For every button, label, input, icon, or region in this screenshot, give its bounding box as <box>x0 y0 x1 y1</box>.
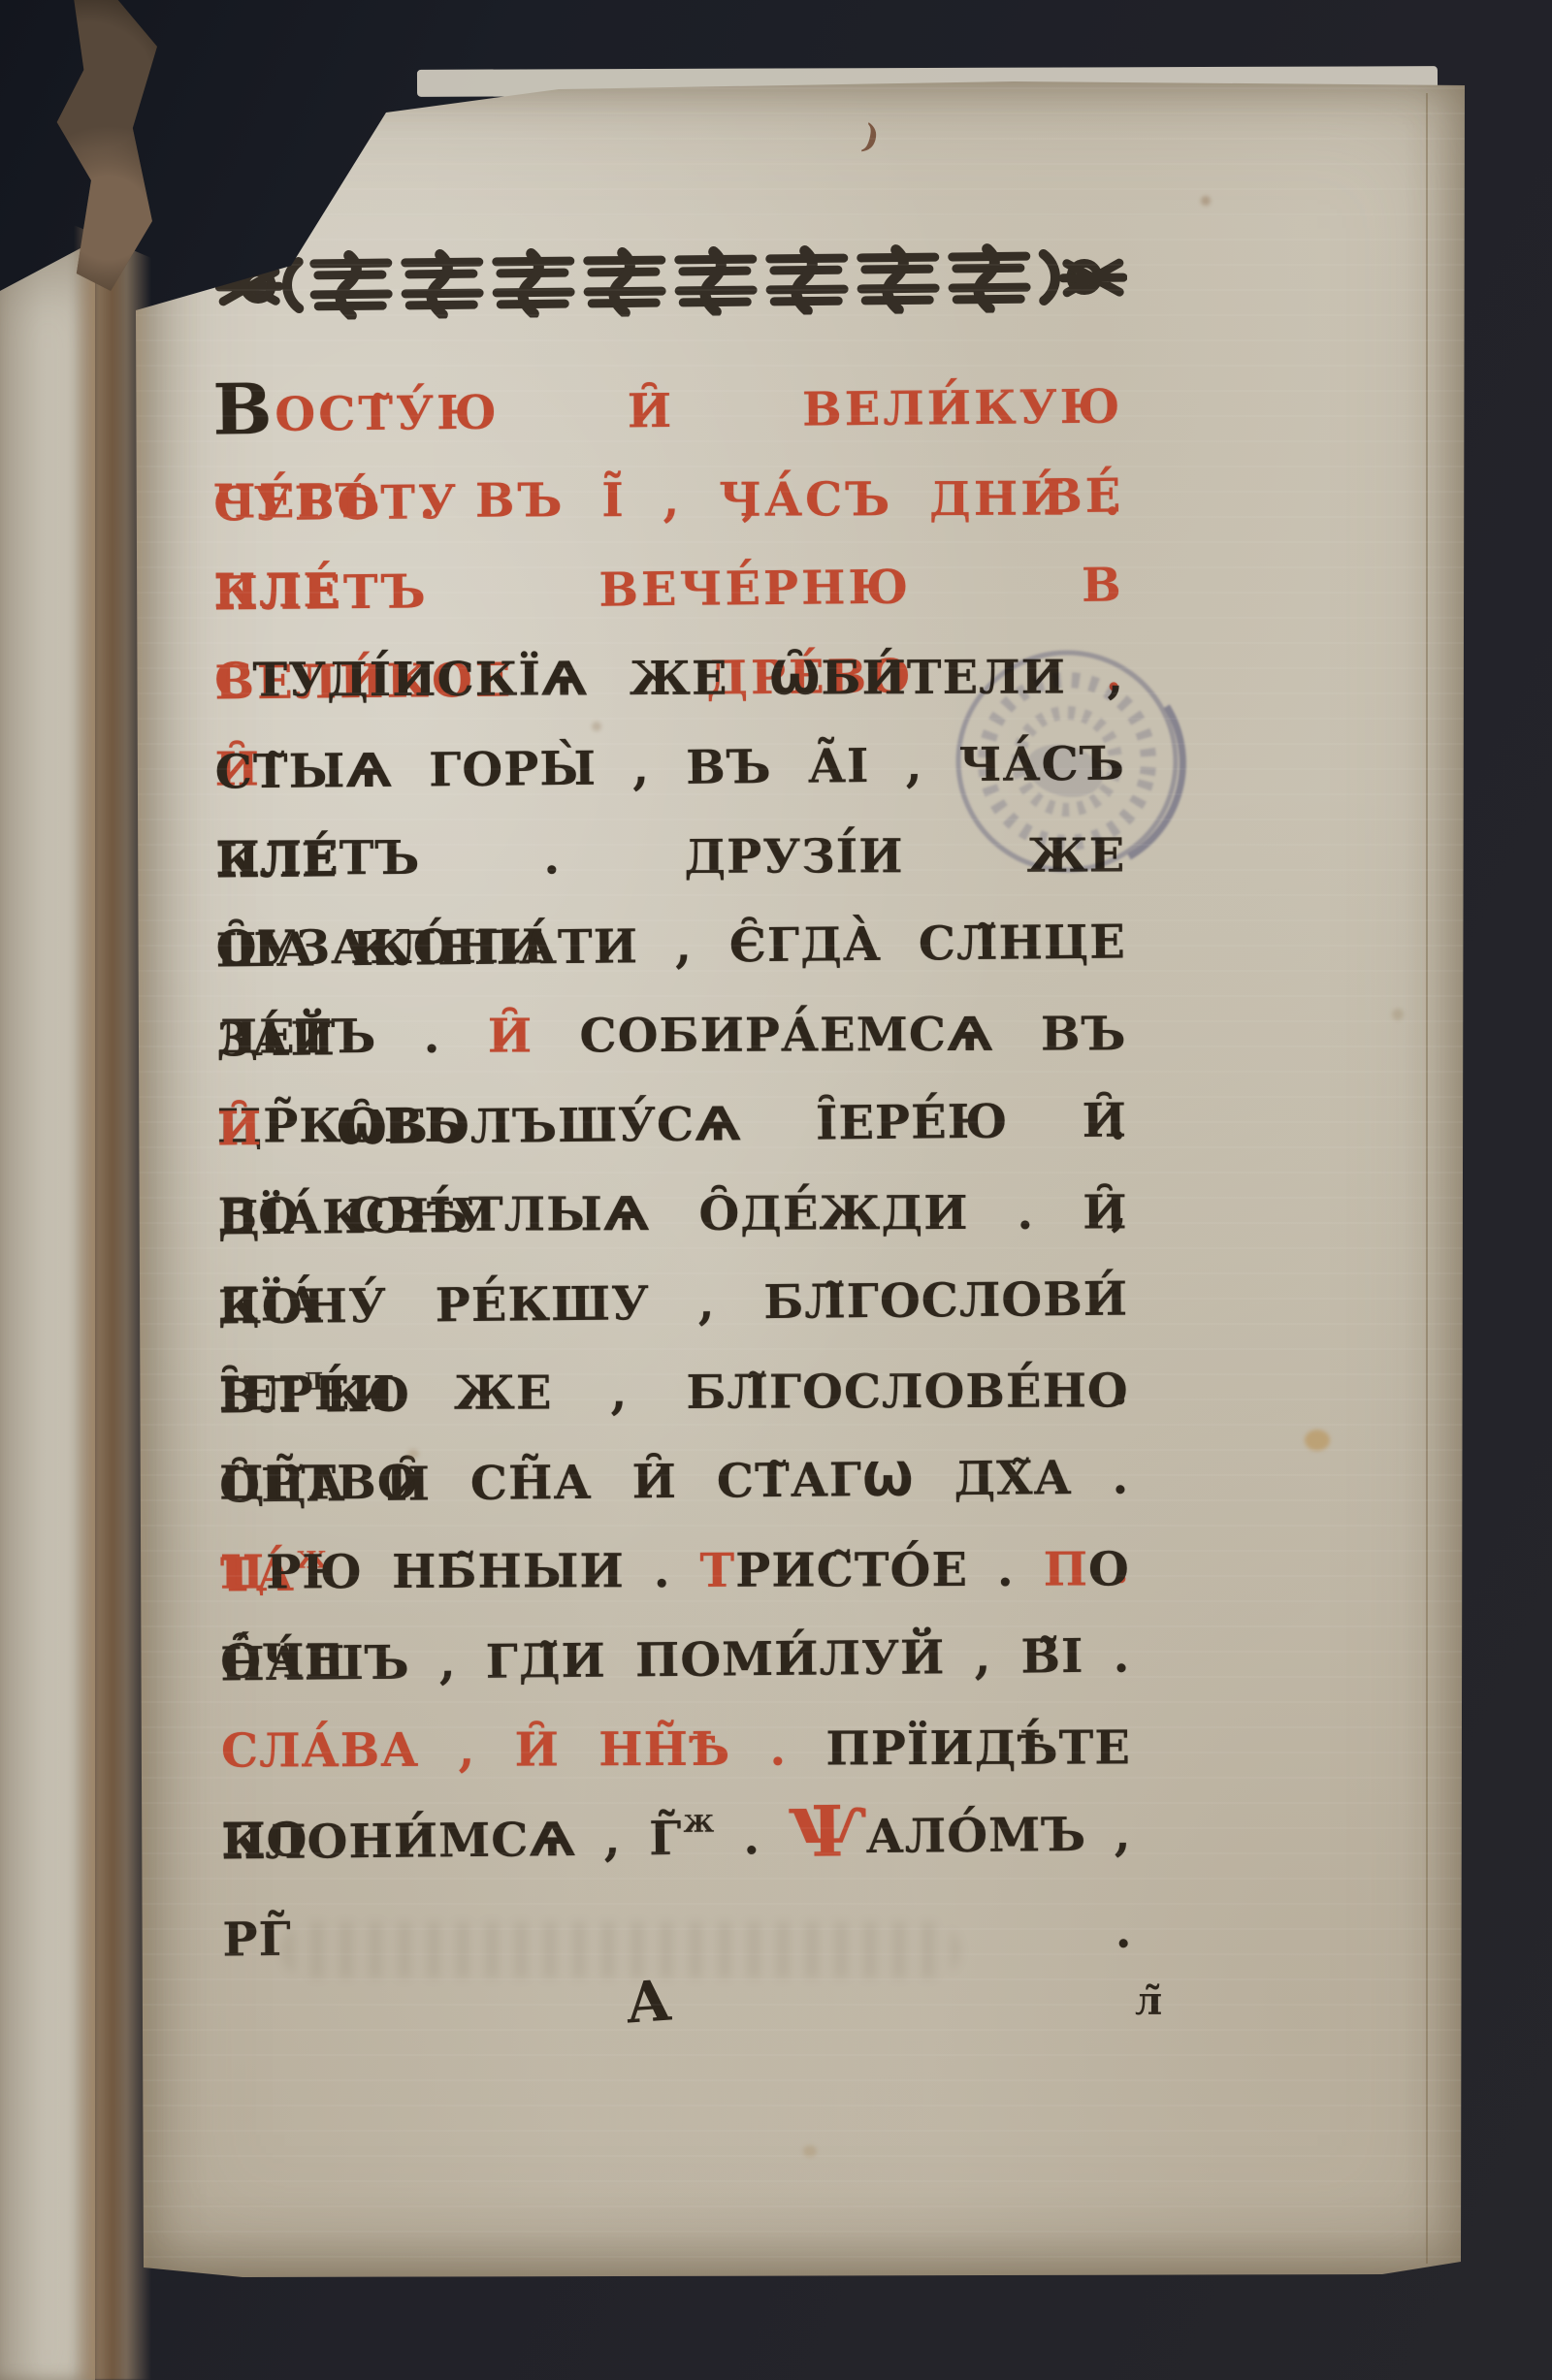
body-text: о̑ц̃а и̑ сн̃а и̑ ст̃агѡ дх̃а . <box>219 1450 1129 1513</box>
book-page: Вост̃у́ю и̑ вели́кую субо́ту , ве́че́ръ … <box>136 80 1467 2283</box>
text-line: сла́ва , и̑ нн̃ѣ . прїидѣ́те по <box>221 1703 1131 1795</box>
text-line: во свѣ́тлыѧ о̑де́жди . и̑ дїа́ <box>217 1168 1127 1260</box>
body-text: рю нб̃ныи . <box>266 1544 699 1600</box>
body-text: . <box>715 1811 789 1866</box>
page-edge-line <box>1426 93 1428 2264</box>
text-line: клони́мсѧ , г̃ж . ѱало́мъ , рг̃ . <box>221 1789 1132 1887</box>
book-photo: Вост̃у́ю и̑ вели́кую субо́ту , ве́че́ръ … <box>0 0 1552 2380</box>
body-text: детъ . <box>216 1010 488 1065</box>
text-line: о̑ц̃а и̑ сн̃а и̑ ст̃агѡ дх̃а . та́ж . <box>219 1432 1130 1530</box>
rubric-text: сла́ва , и̑ нн̃ѣ . <box>221 1721 826 1778</box>
text-line: студі́искїѧ же ѡ̑би́тели , и̑ <box>214 632 1124 724</box>
text-line: плетъ вече́рню в вели́кое дре́во . <box>213 541 1124 639</box>
spine-fragment <box>35 0 157 291</box>
show-through-ghost-text <box>281 1922 960 1978</box>
rubric-text: ц <box>220 1545 267 1599</box>
headpiece-ornament-icon <box>215 241 1128 321</box>
body-text: рис̃то́е . <box>735 1543 1044 1598</box>
text-line: Вост̃у́ю и̑ вели́кую субо́ту , ве́ <box>212 363 1123 461</box>
text-line: кону́ ре́кшу , бл̃гослови́ влдко . <box>218 1254 1129 1352</box>
rubric-text: и̑ <box>488 1010 533 1064</box>
body-text: В <box>212 368 275 451</box>
text-line: детъ . и̑ собира́емсѧ въ цр̃ковь . <box>216 989 1126 1081</box>
text-line: на́шъ , гд̃и поми́луй , в̃і . <box>220 1611 1131 1709</box>
body-text: туді́искїѧ же ѡ̑би́тели , <box>252 650 1124 707</box>
text-line: ша клепа́ти , є̑гда̀ сл̃нце за́й <box>215 898 1126 996</box>
body-text: ж <box>683 1810 714 1838</box>
foxing-spot <box>592 722 601 731</box>
rubric-text: с <box>214 654 252 708</box>
foxing-spot <box>803 2145 817 2157</box>
rubric-text: ѱ <box>788 1789 866 1873</box>
body-text: на́шъ , гд̃и поми́луй , в̃і . <box>220 1628 1130 1691</box>
text-line: і̑ере́и же , бл̃гослове́но цр̃тво <box>219 1346 1129 1438</box>
text-line: црю нб̃ныи . трис̃то́е . по о̑́че <box>220 1525 1130 1617</box>
rubric-text: т <box>699 1544 735 1598</box>
foxing-spot <box>296 74 305 82</box>
text-line: плетъ . друзі́и же о̑узако́ни <box>215 811 1125 903</box>
rubric-text: и̑ <box>217 1102 263 1156</box>
quire-signature: А <box>624 1967 674 2036</box>
foxing-spot <box>1305 1430 1330 1451</box>
text-line: и̑ ѡ̑болъшу́сѧ і̑ере́ю и̑ дїа́кону , <box>217 1077 1128 1174</box>
foxing-spot <box>1201 196 1211 206</box>
rubric-text: п <box>1044 1543 1089 1597</box>
facing-page-edge <box>0 241 95 2380</box>
foxing-spot <box>1392 1009 1404 1020</box>
text-line: ст̃ыѧ горы̀ , въ а̃і , ча́съ кле́ <box>214 720 1125 818</box>
stray-ink-mark: ) <box>858 117 883 159</box>
text-line: че́ръ . въ і̃ , ча́съ дни́ . кле́ <box>213 454 1123 546</box>
text-block: Вост̃у́ю и̑ вели́кую субо́ту , ве́че́ръ … <box>212 364 1132 1886</box>
body-text: клони́мсѧ , г̃ <box>221 1812 682 1871</box>
foxing-spot <box>407 1449 419 1459</box>
folio-number-mark: л̃ <box>1135 1978 1162 2024</box>
